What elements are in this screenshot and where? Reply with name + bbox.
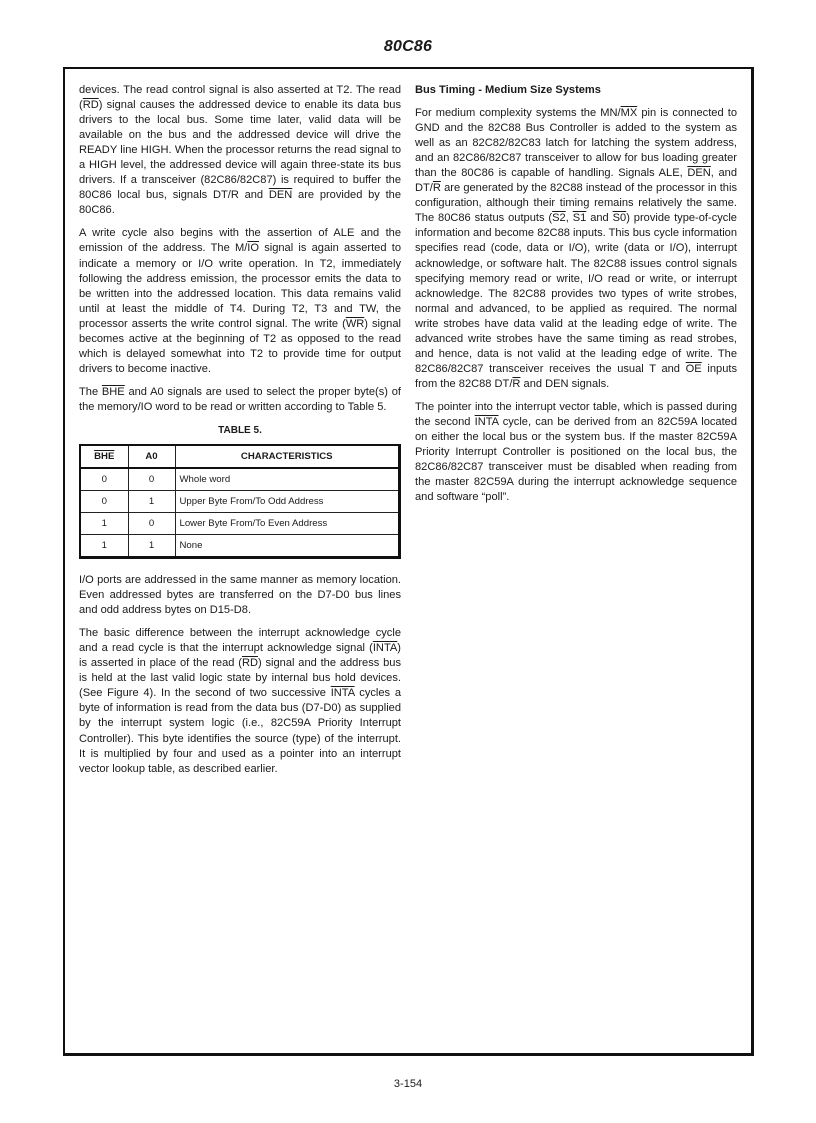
column-header-bhe: BHE bbox=[80, 445, 128, 468]
signal-r: R bbox=[433, 182, 441, 194]
paragraph-write-cycle: A write cycle also begins with the asser… bbox=[79, 226, 401, 376]
signal-bhe: BHE bbox=[102, 386, 125, 398]
signal-oe: OE bbox=[686, 363, 702, 375]
cell-a0: 0 bbox=[128, 468, 175, 491]
table-row: 1 0 Lower Byte From/To Even Address bbox=[80, 513, 400, 535]
page-number: 3-154 bbox=[0, 1078, 816, 1090]
paragraph-bhe-a0: The BHE and A0 signals are used to selec… bbox=[79, 385, 401, 415]
table-row: 1 1 None bbox=[80, 535, 400, 558]
signal-den: DEN bbox=[687, 167, 710, 179]
left-column: devices. The read control signal is also… bbox=[79, 83, 401, 785]
cell-a0: 0 bbox=[128, 513, 175, 535]
signal-inta: INTA bbox=[331, 687, 355, 699]
column-header-a0: A0 bbox=[128, 445, 175, 468]
cell-characteristics: Whole word bbox=[175, 468, 400, 491]
cell-characteristics: Lower Byte From/To Even Address bbox=[175, 513, 400, 535]
paragraph-interrupt-ack: The basic difference between the interru… bbox=[79, 626, 401, 776]
paragraph-read-cycle: devices. The read control signal is also… bbox=[79, 83, 401, 218]
signal-mx: MX bbox=[621, 107, 638, 119]
table-5: BHE A0 CHARACTERISTICS 0 0 Whole word 0 … bbox=[79, 444, 401, 559]
column-header-characteristics: CHARACTERISTICS bbox=[175, 445, 400, 468]
signal-rd: RD bbox=[242, 657, 258, 669]
signal-inta: INTA bbox=[373, 642, 397, 654]
table-caption: TABLE 5. bbox=[79, 423, 401, 438]
cell-characteristics: Upper Byte From/To Odd Address bbox=[175, 491, 400, 513]
signal-s0: S0 bbox=[613, 212, 627, 224]
cell-a0: 1 bbox=[128, 535, 175, 558]
section-heading: Bus Timing - Medium Size Systems bbox=[415, 83, 737, 98]
cell-bhe: 0 bbox=[80, 491, 128, 513]
table-row: 0 1 Upper Byte From/To Odd Address bbox=[80, 491, 400, 513]
paragraph-io-ports: I/O ports are addressed in the same mann… bbox=[79, 573, 401, 618]
signal-rd: RD bbox=[83, 99, 99, 111]
cell-bhe: 1 bbox=[80, 535, 128, 558]
signal-wr: WR bbox=[346, 318, 364, 330]
signal-s1: S1 bbox=[573, 212, 587, 224]
right-column: Bus Timing - Medium Size Systems For med… bbox=[415, 83, 737, 513]
table-header-row: BHE A0 CHARACTERISTICS bbox=[80, 445, 400, 468]
signal-inta: INTA bbox=[475, 416, 499, 428]
signal-io: IO bbox=[247, 242, 259, 254]
cell-bhe: 0 bbox=[80, 468, 128, 491]
paragraph-interrupt-vector: The pointer into the interrupt vector ta… bbox=[415, 400, 737, 505]
signal-den: DEN bbox=[269, 189, 292, 201]
page-header-title: 80C86 bbox=[0, 38, 816, 56]
cell-bhe: 1 bbox=[80, 513, 128, 535]
table-row: 0 0 Whole word bbox=[80, 468, 400, 491]
cell-characteristics: None bbox=[175, 535, 400, 558]
cell-a0: 1 bbox=[128, 491, 175, 513]
signal-s2: S2 bbox=[552, 212, 566, 224]
paragraph-medium-systems: For medium complexity systems the MN/MX … bbox=[415, 106, 737, 392]
